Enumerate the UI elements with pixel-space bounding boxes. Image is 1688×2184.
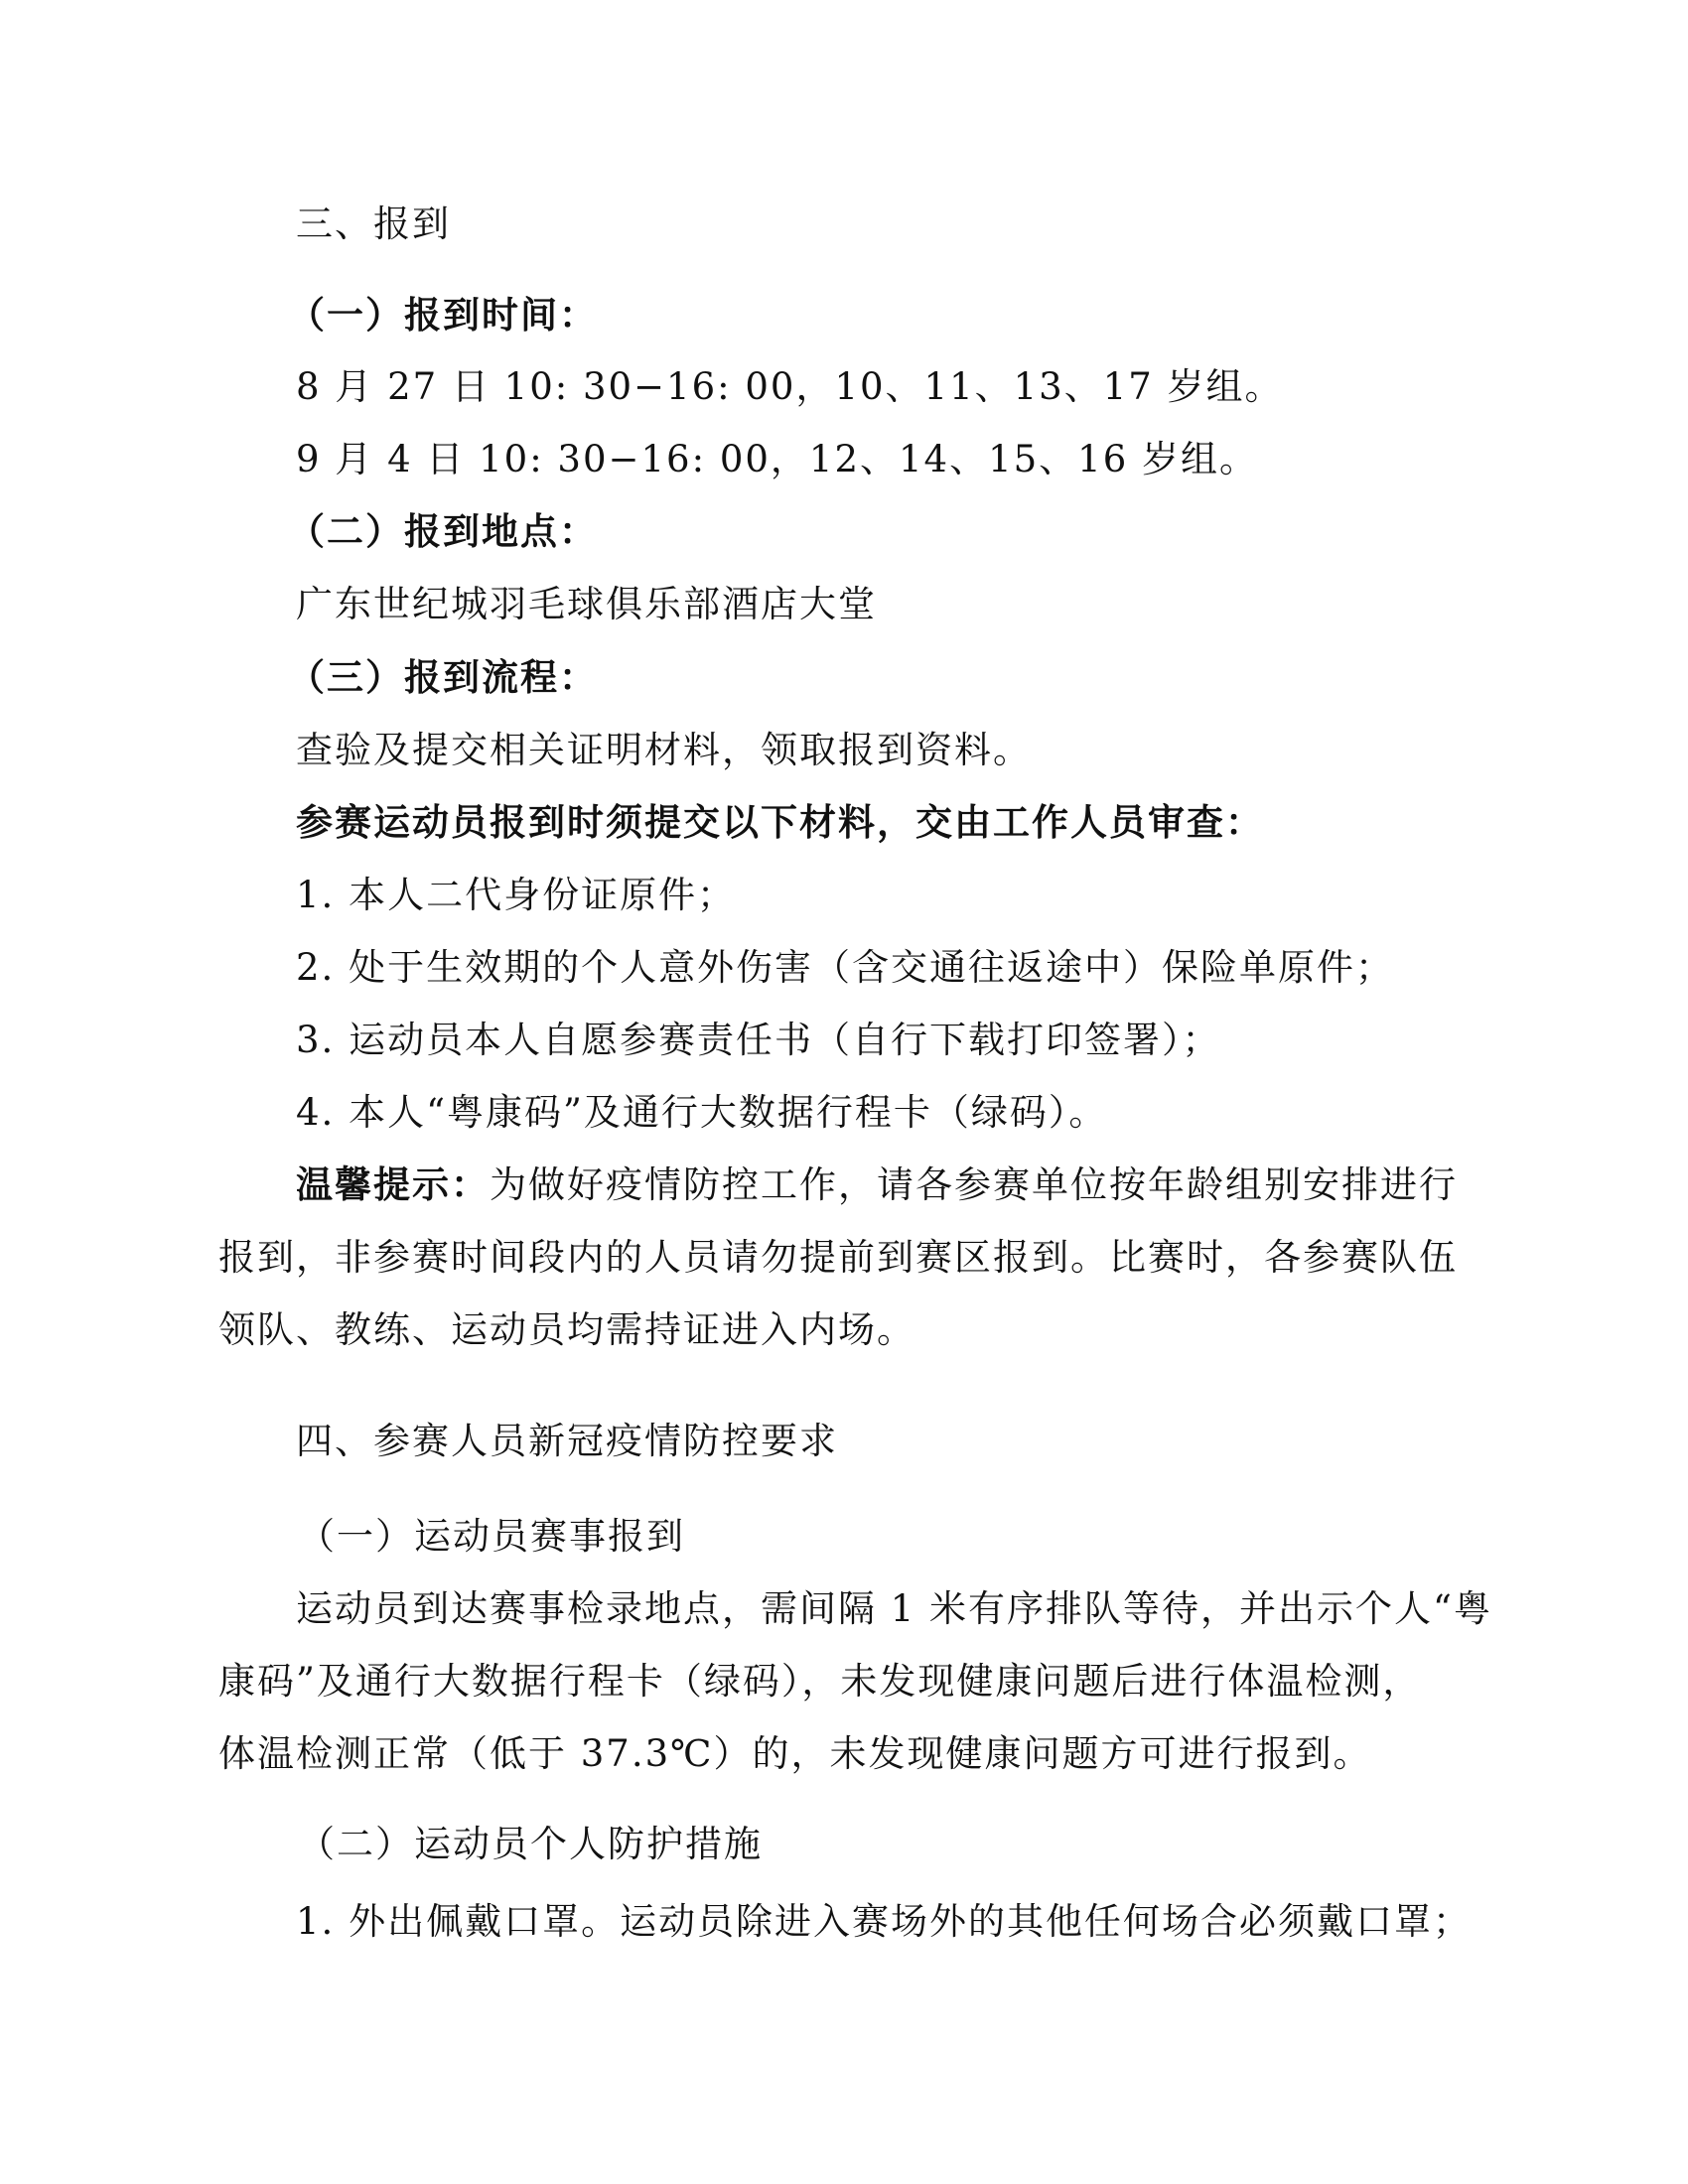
athlete-registration-line-2: 康码”及通行大数据行程卡（绿码），未发现健康问题后进行体温检测， <box>218 1658 1421 1706</box>
materials-item-2: 2. 处于生效期的个人意外伤害（含交通往返途中）保险单原件； <box>296 944 1394 992</box>
registration-location: 广东世纪城羽毛球俱乐部酒店大堂 <box>296 581 877 628</box>
protection-item-1: 1. 外出佩戴口罩。运动员除进入赛场外的其他任何场合必须戴口罩； <box>296 1898 1472 1946</box>
tip-line-2: 报到，非参赛时间段内的人员请勿提前到赛区报到。比赛时，各参赛队伍 <box>218 1234 1458 1282</box>
materials-item-1: 1. 本人二代身份证原件； <box>296 872 736 919</box>
registration-time-line-1: 8 月 27 日 10: 30−16: 00，10、11、13、17 岁组。 <box>296 363 1284 411</box>
tip-label: 温馨提示： <box>296 1163 490 1206</box>
materials-item-3: 3. 运动员本人自愿参赛责任书（自行下载打印签署）； <box>296 1017 1221 1064</box>
registration-process: 查验及提交相关证明材料，领取报到资料。 <box>296 727 1032 774</box>
materials-title: 参赛运动员报到时须提交以下材料，交由工作人员审查： <box>296 799 1264 847</box>
athlete-registration-line-1: 运动员到达赛事检录地点，需间隔 1 米有序排队等待，并出示个人“粤 <box>296 1585 1492 1633</box>
registration-time-line-2: 9 月 4 日 10: 30−16: 00，12、14、15、16 岁组。 <box>296 436 1258 483</box>
tip-line-3: 领队、教练、运动员均需持证进入内场。 <box>218 1306 915 1354</box>
section-4-sub2-title: （二）运动员个人防护措施 <box>298 1821 763 1868</box>
section-3-sub3-title: （三）报到流程： <box>288 654 598 702</box>
materials-item-4: 4. 本人“粤康码”及通行大数据行程卡（绿码）。 <box>296 1089 1107 1137</box>
athlete-registration-line-3: 体温检测正常（低于 37.3℃）的，未发现健康问题方可进行报到。 <box>218 1730 1372 1778</box>
tip-line-1: 温馨提示：为做好疫情防控工作，请各参赛单位按年龄组别安排进行 <box>296 1161 1458 1209</box>
section-4-sub1-title: （一）运动员赛事报到 <box>298 1513 685 1561</box>
section-4-title: 四、参赛人员新冠疫情防控要求 <box>296 1418 838 1465</box>
section-3-sub2-title: （二）报到地点： <box>288 508 598 556</box>
tip-text-1: 为做好疫情防控工作，请各参赛单位按年龄组别安排进行 <box>490 1163 1458 1206</box>
section-3-sub1-title: （一）报到时间： <box>288 292 598 340</box>
section-3-title: 三、报到 <box>296 201 451 248</box>
